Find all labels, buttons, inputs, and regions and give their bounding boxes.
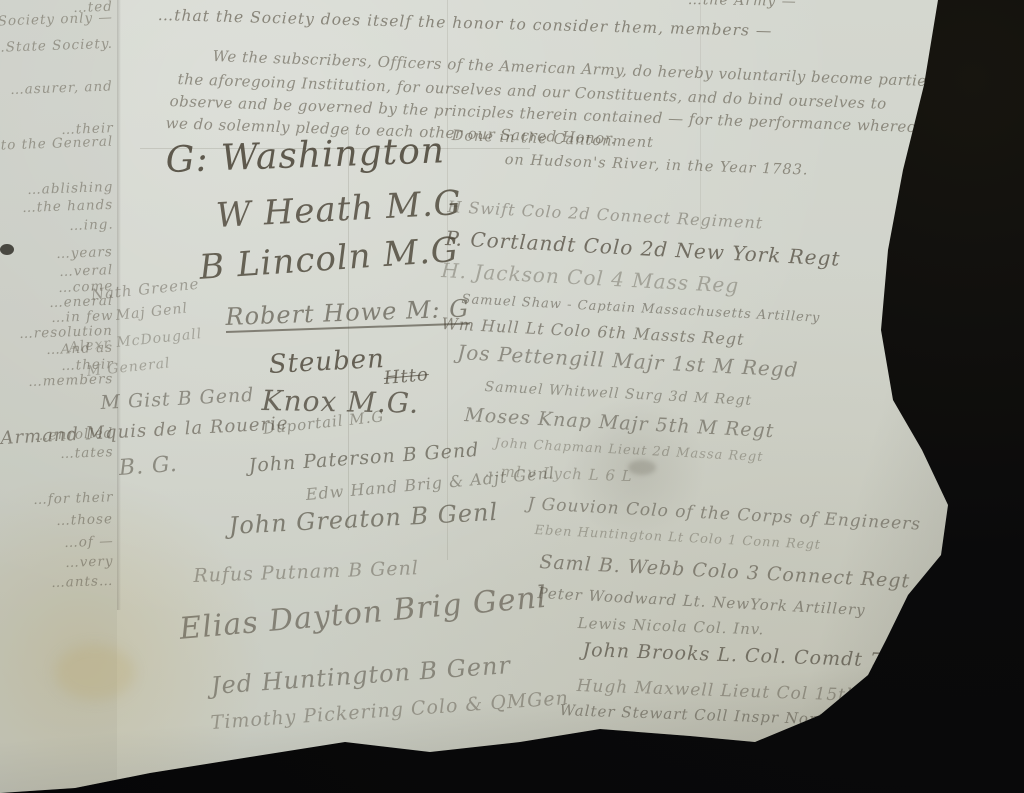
sig-b-g: B. G. — [118, 452, 179, 481]
top-fragment-line: …the Army — — [688, 0, 797, 10]
sig-jos-pettengill-majr-1st-m-regd: Jos Pettengill Majr 1st M Regd — [457, 340, 799, 382]
sig-jed-huntington-b-genr: Jed Huntington B Genr — [210, 651, 512, 700]
left-page-line: …veral — [59, 262, 113, 280]
done-line-2: on Hudson's River, in the Year 1783. — [504, 152, 808, 179]
left-page-line: …asurer, and — [10, 78, 113, 98]
left-page-line: …of — — [64, 533, 114, 551]
left-page-line: …Society only — — [0, 9, 113, 30]
left-page-line: …for their — [33, 489, 114, 508]
sig-h-swift-colo-2d-connect-regime: H Swift Colo 2d Connect Regiment — [447, 197, 764, 233]
left-page-line: …State Society. — [0, 36, 113, 56]
stain — [55, 645, 135, 700]
members-line: …that the Society does itself the honor … — [158, 6, 773, 40]
left-page-fragment-column: …ted…Society only —…State Society.…asure… — [0, 0, 117, 620]
sig-steuben: Steuben — [268, 344, 386, 380]
sig-g-washington: G: Washington — [165, 130, 446, 181]
left-page-line: …very — [65, 553, 114, 571]
sig-htto: Htto — [383, 364, 430, 389]
left-page-line: …tates — [60, 444, 114, 462]
sig-w-heath-m-g: W Heath M.G — [215, 183, 463, 236]
parchment-page: …ted…Society only —…State Society.…asure… — [0, 0, 1024, 793]
left-page-edge — [117, 0, 121, 610]
sig-h-jackson-col-4-mass-reg: H. Jackson Col 4 Mass Reg — [441, 258, 740, 298]
left-page-line: …years — [56, 244, 113, 262]
sig-b-lincoln-m-g: B Lincoln M.G — [198, 230, 460, 288]
sig-walter-stewart-coll-inspr-nort: Walter Stewart Coll Inspr Nortn Army — [559, 701, 885, 730]
sig-robert-howe-m-g: Robert Howe M: G — [225, 294, 470, 331]
sig-maj-genl: Maj Genl — [115, 300, 189, 323]
sig-m-gist-b-gend: M Gist B Gend — [100, 384, 255, 414]
left-page-line: …ing. — [69, 216, 114, 234]
sig-elias-dayton-brig-genl: Elias Dayton Brig Genl — [178, 580, 549, 647]
sig-john-greaton-b-genl: John Greaton B Genl — [228, 498, 499, 540]
sig-lewis-nicola-col-inv: Lewis Nicola Col. Inv. — [577, 614, 764, 639]
sig-samuel-whitwell-surg-3d-m-regt: Samuel Whitwell Surg 3d M Regt — [484, 379, 752, 409]
document-photo: …ted…Society only —…State Society.…asure… — [0, 0, 1024, 793]
left-page-line: …those — [56, 511, 113, 529]
sig-john-brooks-l-col-comdt-7th-ma: John Brooks L. Col. Comdt 7th Mass Reg — [582, 639, 1014, 676]
left-page-line: …the hands — [22, 197, 113, 216]
left-page-line: …ants… — [51, 573, 114, 591]
left-page-line: …to the General — [0, 134, 113, 154]
left-page-line: …ablishing — [27, 179, 114, 198]
sig-rufus-putnam-b-genl: Rufus Putnam B Genl — [193, 557, 419, 587]
sig-eben-huntington-lt-colo-1-conn: Eben Huntington Lt Colo 1 Conn Regt — [534, 523, 821, 553]
sig-john-paterson-b-gend: John Paterson B Gend — [248, 439, 480, 477]
sig-john-chapman-lieut-2d-massa-re: John Chapman Lieut 2d Massa Regt — [494, 436, 764, 465]
smudge — [1008, 330, 1018, 338]
